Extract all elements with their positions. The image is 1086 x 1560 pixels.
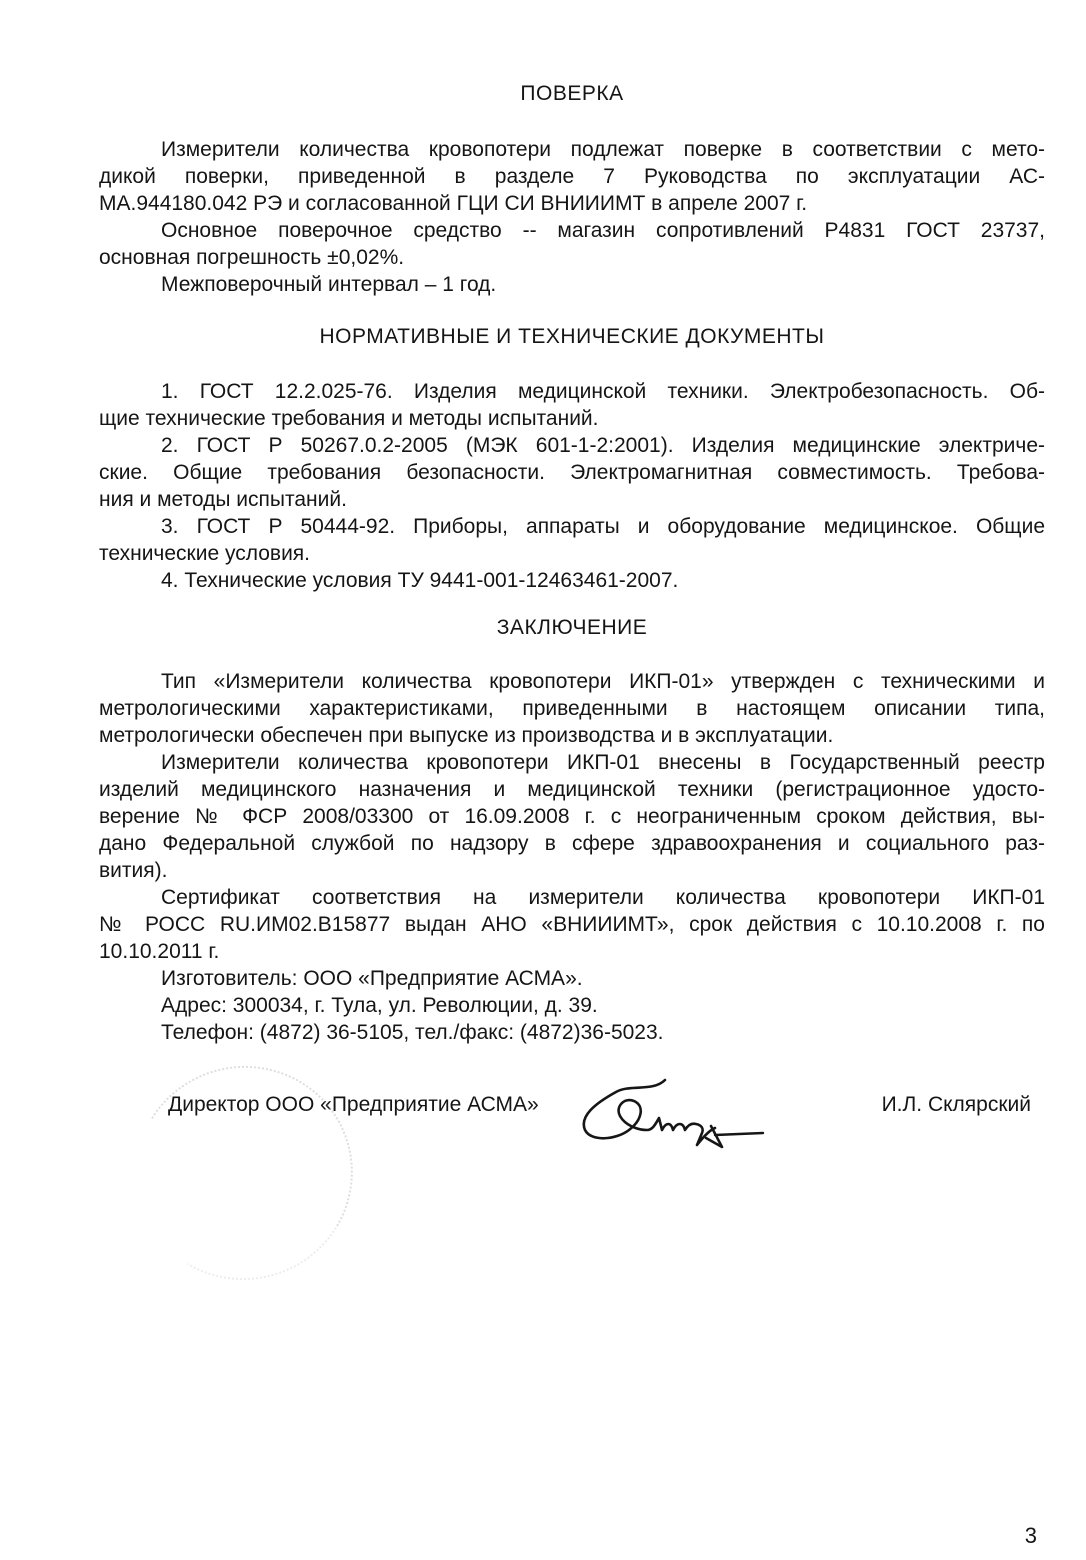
section-body-poverka: Измерители количества кровопотери подлеж… (99, 136, 1045, 298)
text-line: Основное поверочное средство -- магазин … (99, 217, 1045, 244)
text-line: вития). (99, 857, 1045, 884)
text-line: Тип «Измерители количества кровопотери И… (99, 668, 1045, 695)
section-body-documents: 1. ГОСТ 12.2.025-76. Изделия медицинской… (99, 378, 1045, 594)
text-line: № РОСС RU.ИМ02.В15877 выдан АНО «ВНИИИМТ… (99, 911, 1045, 938)
text-line: технические условия. (99, 540, 1045, 567)
manufacturer-line: Изготовитель: ООО «Предприятие АСМА». (99, 965, 1045, 992)
text-line: метрологическими характеристиками, приве… (99, 695, 1045, 722)
page-number: 3 (1025, 1522, 1037, 1549)
text-line: 2. ГОСТ Р 50267.0.2-2005 (МЭК 601-1-2:20… (99, 432, 1045, 459)
section-heading-conclusion: ЗАКЛЮЧЕНИЕ (99, 614, 1045, 641)
section-body-conclusion: Тип «Измерители количества кровопотери И… (99, 668, 1045, 1046)
document-content: ПОВЕРКА Измерители количества кровопотер… (99, 0, 1045, 1153)
text-line: МА.944180.042 РЭ и согласованной ГЦИ СИ … (99, 190, 1045, 217)
text-line: 1. ГОСТ 12.2.025-76. Изделия медицинской… (99, 378, 1045, 405)
text-line: ния и методы испытаний. (99, 486, 1045, 513)
text-line: основная погрешность ±0,02%. (99, 244, 1045, 271)
text-line: дано Федеральной службой по надзору в сф… (99, 830, 1045, 857)
scanned-document-page: { "doc": { "page_number": "3", "sections… (0, 0, 1086, 1560)
text-line: дикой поверки, приведенной в разделе 7 Р… (99, 163, 1045, 190)
text-line: 4. Технические условия ТУ 9441-001-12463… (99, 567, 1045, 594)
text-line: Межповерочный интервал – 1 год. (99, 271, 1045, 298)
section-heading-documents: НОРМАТИВНЫЕ И ТЕХНИЧЕСКИЕ ДОКУМЕНТЫ (99, 323, 1045, 350)
text-line: 10.10.2011 г. (99, 938, 1045, 965)
address-line: Адрес: 300034, г. Тула, ул. Революции, д… (99, 992, 1045, 1019)
text-line: 3. ГОСТ Р 50444-92. Приборы, аппараты и … (99, 513, 1045, 540)
text-line: щие технические требования и методы испы… (99, 405, 1045, 432)
text-line: ские. Общие требования безопасности. Эле… (99, 459, 1045, 486)
text-line: Сертификат соответствия на измерители ко… (99, 884, 1045, 911)
section-heading-poverka: ПОВЕРКА (99, 80, 1045, 107)
text-line: верение № ФСР 2008/03300 от 16.09.2008 г… (99, 803, 1045, 830)
phone-line: Телефон: (4872) 36-5105, тел./факс: (487… (99, 1019, 1045, 1046)
signature-name: И.Л. Склярский (882, 1091, 1031, 1118)
text-line: изделий медицинского назначения и медици… (99, 776, 1045, 803)
handwritten-signature (573, 1075, 768, 1153)
text-line: Измерители количества кровопотери ИКП-01… (99, 749, 1045, 776)
text-line: Измерители количества кровопотери подлеж… (99, 136, 1045, 163)
text-line: метрологически обеспечен при выпуске из … (99, 722, 1045, 749)
